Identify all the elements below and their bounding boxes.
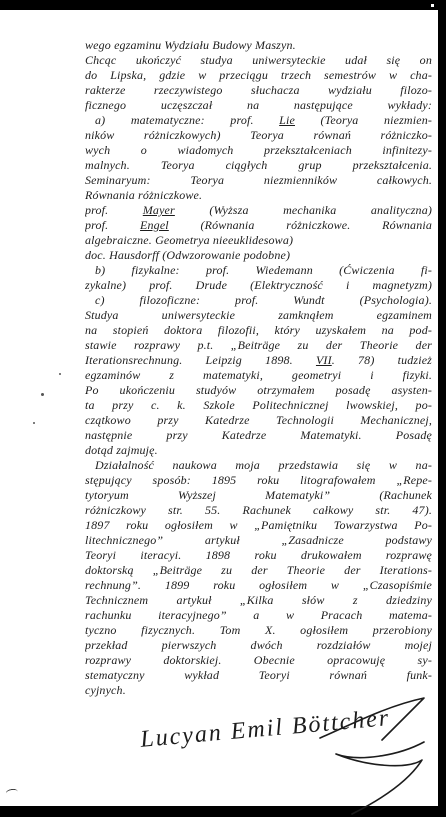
manuscript-line: Iterationsrechnung. Leipzig 1898. VII. 7… [85,353,432,368]
photo-frame: wego egzaminu Wydziału Budowy Maszyn.Chc… [0,0,446,817]
manuscript-line: Chcąc ukończyć studya uniwersyteckie uda… [85,53,432,68]
manuscript-line: litechnicznego” artykuł „Zasadnicze pods… [85,533,432,548]
manuscript-line: rechnung”. 1899 roku ogłosiłem w „Czasop… [85,578,432,593]
manuscript-line: zykalne) prof. Drude (Elektryczność i ma… [85,278,432,293]
manuscript-line: Studya uniwersyteckie zamknąłem egzamine… [85,308,432,323]
manuscript-line: stematyczny wykład Teoryi równań funk- [85,668,432,683]
ink-speck [41,393,44,396]
manuscript-line: b) fizykalne: prof. Wiedemann (Ćwiczenia… [85,263,432,278]
manuscript-line: c) filozoficzne: prof. Wundt (Psychologi… [85,293,432,308]
manuscript-line: tytoryum Wyższej Matematyki” (Rachunek [85,488,432,503]
manuscript-line: Technicznem artykuł „Kilka słów z dziedz… [85,593,432,608]
manuscript-line: prof. Engel (Równania różniczkowe. Równa… [85,218,432,233]
manuscript-line: prof. Mayer (Wyższa mechanika analityczn… [85,203,432,218]
manuscript-line: ta przy c. k. Szkole Politechnicznej lwo… [85,398,432,413]
manuscript-line: wych o wiadomych przekształceniach infin… [85,143,432,158]
manuscript-line: wego egzaminu Wydziału Budowy Maszyn. [85,38,432,53]
manuscript-text: wego egzaminu Wydziału Budowy Maszyn.Chc… [85,38,432,698]
manuscript-line: rachunku iteracyjnego” a w Pracach matem… [85,608,432,623]
manuscript-line: a) matematyczne: prof. Lie (Teorya niezm… [85,113,432,128]
ink-speck [59,373,61,375]
film-speck [431,4,434,7]
manuscript-line: 1897 roku ogłosiłem w „Pamiętniku Towarz… [85,518,432,533]
manuscript-line: następnie przy Katedrze Matematyki. Posa… [85,428,432,443]
manuscript-line: na stopień doktora filozofii, który uzys… [85,323,432,338]
manuscript-line: rakterze rzeczywistego słuchacza wydział… [85,83,432,98]
manuscript-line: doktorską „Beiträge zu der Theorie der I… [85,563,432,578]
manuscript-line: Równania różniczkowe. [85,188,432,203]
manuscript-line: przekład pierwszych dwóch rozdziałów moj… [85,638,432,653]
manuscript-line: dotąd zajmuję. [85,443,432,458]
manuscript-page: wego egzaminu Wydziału Budowy Maszyn.Chc… [0,10,438,806]
manuscript-line: malnych. Teorya ciągłych grup przekształ… [85,158,432,173]
signature-flourish [318,696,433,817]
manuscript-line: stępujący sposób: 1895 roku litografował… [85,473,432,488]
manuscript-line: Działalność naukowa moja przedstawia się… [85,458,432,473]
manuscript-line: rozprawy doktorskiej. Obecnie opracowuję… [85,653,432,668]
ink-stray-mark [6,788,19,797]
manuscript-line: czątkowo przy Katedrze Technologii Mecha… [85,413,432,428]
manuscript-line: stawie rozprawy p.t. „Beiträge zu der Th… [85,338,432,353]
ink-speck [33,422,35,424]
manuscript-line: algebraiczne. Geometrya nieeuklidesowa) [85,233,432,248]
manuscript-line: ników różniczkowych) Teorya równań różni… [85,128,432,143]
manuscript-line: doc. Hausdorff (Odwzorowanie podobne) [85,248,432,263]
manuscript-line: Po ukończeniu studyów otrzymałem posadę … [85,383,432,398]
manuscript-line: Teoryi iteracyi. 1898 roku drukowałem ro… [85,548,432,563]
manuscript-line: różniczkowy str. 55. Rachunek całkowy st… [85,503,432,518]
manuscript-line: ficznego uczęszczał na następujące wykła… [85,98,432,113]
manuscript-line: Seminaryum: Teorya niezmienników całkowy… [85,173,432,188]
manuscript-line: tyczno fizycznych. Tom X. ogłosiłem prze… [85,623,432,638]
manuscript-line: egzaminów z matematyki, geometryi i fizy… [85,368,432,383]
manuscript-line: do Lipska, gdzie w przeciągu trzech seme… [85,68,432,83]
